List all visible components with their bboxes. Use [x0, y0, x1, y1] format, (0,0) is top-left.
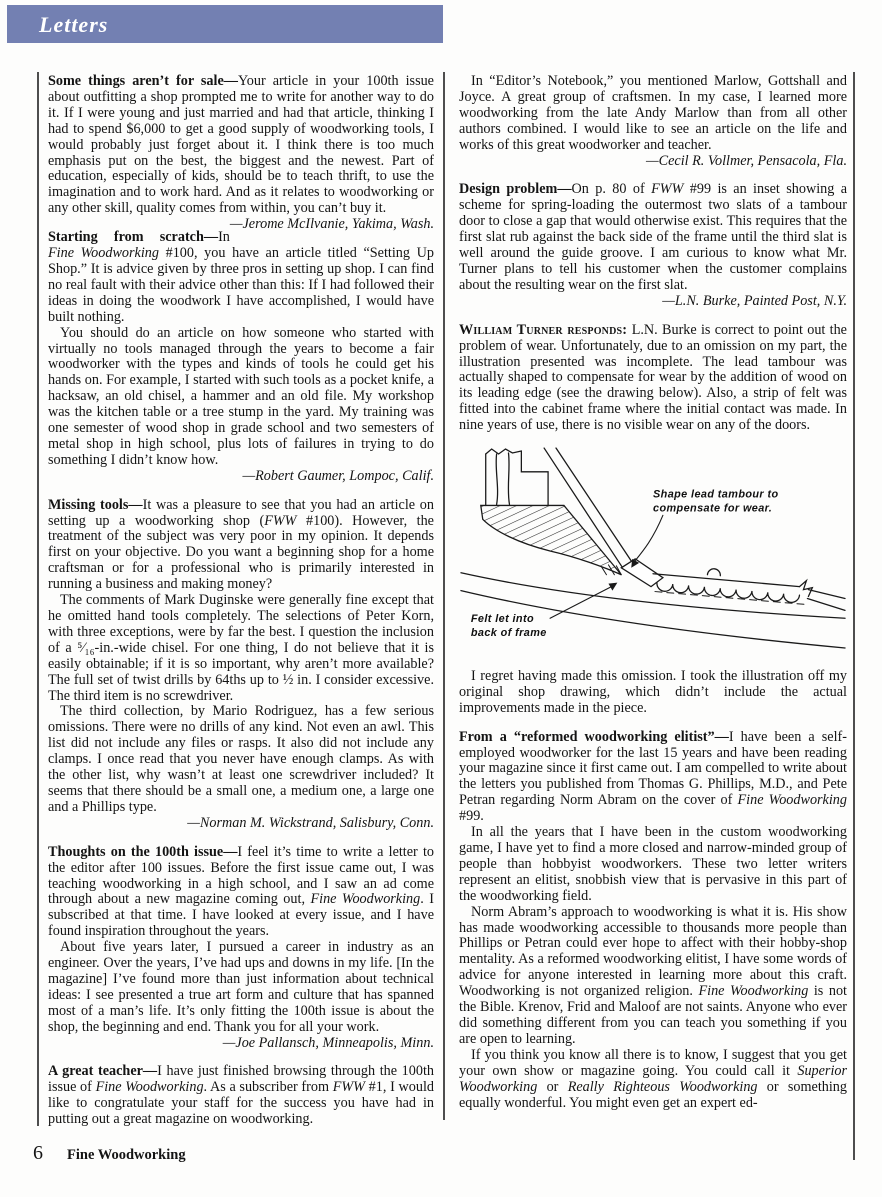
- magazine-name: Fine Woodworking: [67, 1148, 186, 1164]
- letter-paragraph: I regret having made this omission. I to…: [459, 669, 847, 717]
- letter-lead: From a “reformed woodworking elitist”—: [459, 729, 729, 745]
- letter-paragraph: About five years later, I pursued a care…: [48, 940, 434, 1035]
- letter-some-things-arent-for-sale: Some things aren’t for sale—Your article…: [48, 74, 434, 217]
- letter-paragraph: Norm Abram’s approach to woodworking is …: [459, 905, 847, 1048]
- tambour-slats-drawing: [653, 569, 845, 611]
- footer: 6 Fine Woodworking: [33, 1146, 186, 1164]
- letter-paragraph: From a “reformed woodworking elitist”—I …: [459, 730, 847, 825]
- page-number: 6: [33, 1146, 43, 1162]
- tambour-figure: Shape lead tambour to compensate for wea…: [459, 447, 847, 651]
- letter-signature: —Joe Pallansch, Minneapolis, Minn.: [48, 1036, 434, 1052]
- letter-paragraph: In “Editor’s Notebook,” you mentioned Ma…: [459, 74, 847, 154]
- letter-paragraph: Missing tools—It was a pleasure to see t…: [48, 498, 434, 593]
- letter-signature: —Norman M. Wickstrand, Salisbury, Conn.: [48, 816, 434, 832]
- letter-paragraph: William Turner responds: L.N. Burke is c…: [459, 323, 847, 434]
- letter-lead: Thoughts on the 100th issue—: [48, 844, 237, 860]
- column-rule-left: [37, 72, 39, 1126]
- frame-post-drawing: [486, 449, 548, 505]
- letter-signature: —Robert Gaumer, Lompoc, Calif.: [48, 469, 434, 485]
- letter-signature: —Cecil R. Vollmer, Pensacola, Fla.: [459, 154, 847, 170]
- letter-reformed-woodworking-elitist: From a “reformed woodworking elitist”—I …: [459, 730, 847, 1112]
- letter-paragraph: A great teacher—I have just finished bro…: [48, 1064, 434, 1128]
- letter-paragraph: Design problem—On p. 80 of FWW #99 is an…: [459, 182, 847, 293]
- letter-paragraph: You should do an article on how someone …: [48, 326, 434, 469]
- letter-missing-tools: Missing tools—It was a pleasure to see t…: [48, 498, 434, 832]
- letter-paragraph: Starting from scratch—In Fine Woodworkin…: [48, 230, 434, 325]
- letter-lead: Starting from scratch—: [48, 229, 218, 245]
- felt-label-line2: back of frame: [471, 627, 547, 639]
- response-william-turner: William Turner responds: L.N. Burke is c…: [459, 323, 847, 434]
- letter-paragraph: The comments of Mark Duginske were gener…: [48, 593, 434, 704]
- letter-paragraph: If you think you know all there is to kn…: [459, 1048, 847, 1112]
- wear-label-line2: compensate for wear.: [653, 502, 772, 514]
- wear-leader-line: [634, 515, 663, 562]
- letter-paragraph: Some things aren’t for sale—Your article…: [48, 74, 434, 217]
- letter-starting-from-scratch: Starting from scratch—In Fine Woodworkin…: [48, 230, 434, 485]
- letter-thoughts-on-100th-issue: Thoughts on the 100th issue—I feel it’s …: [48, 845, 434, 1052]
- felt-arrowhead: [608, 583, 617, 591]
- figure-block: Shape lead tambour to compensate for wea…: [459, 447, 847, 656]
- letter-lead: A great teacher—: [48, 1063, 157, 1079]
- letter-design-problem: Design problem—On p. 80 of FWW #99 is an…: [459, 182, 847, 309]
- letter-lead: Design problem—: [459, 181, 572, 197]
- column-right: In “Editor’s Notebook,” you mentioned Ma…: [459, 74, 847, 1111]
- column-left: Some things aren’t for sale—Your article…: [48, 74, 434, 1128]
- letter-lead: Missing tools—: [48, 497, 143, 513]
- letter-signature: —L.N. Burke, Painted Post, N.Y.: [459, 294, 847, 310]
- column-rule-middle: [443, 72, 445, 1120]
- letter-signature: —Jerome McIlvanie, Yakima, Wash.: [230, 217, 434, 233]
- felt-label-line1: Felt let into: [471, 613, 534, 625]
- column-rule-right: [853, 72, 855, 1160]
- letter-paragraph: Thoughts on the 100th issue—I feel it’s …: [48, 845, 434, 940]
- paragraph-regret-omission: I regret having made this omission. I to…: [459, 669, 847, 717]
- header-banner: Letters: [7, 5, 443, 43]
- page-title: Letters: [7, 5, 443, 44]
- letter-lead: Some things aren’t for sale—: [48, 73, 238, 89]
- letter-paragraph: In all the years that I have been in the…: [459, 825, 847, 905]
- wear-label-line1: Shape lead tambour to: [653, 489, 779, 501]
- letter-paragraph: The third collection, by Mario Rodriguez…: [48, 704, 434, 815]
- letter-a-great-teacher: A great teacher—I have just finished bro…: [48, 1064, 434, 1128]
- letter-a-great-teacher-continued: In “Editor’s Notebook,” you mentioned Ma…: [459, 74, 847, 169]
- letter-lead: William Turner responds:: [459, 322, 632, 338]
- frame-section-hatched: [481, 505, 622, 574]
